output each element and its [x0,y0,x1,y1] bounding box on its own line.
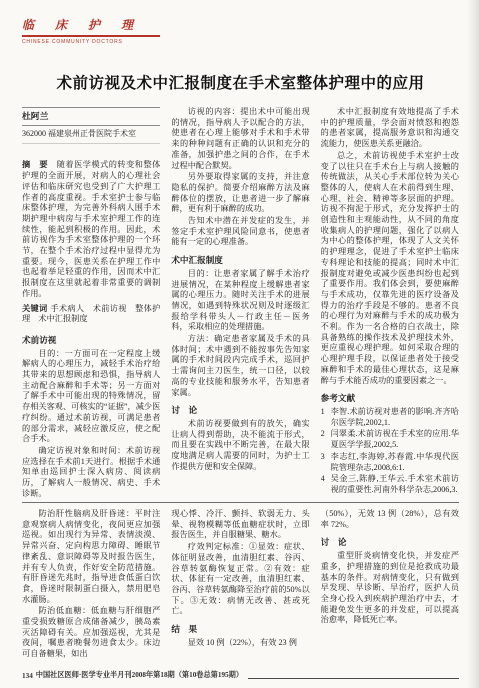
article-title: 术前访视及术中汇报制度在手术室整体护理中的应用 [28,71,453,93]
reference-text: 闫翠柔.术前访视在手术室的应用.华夏医学学报,2002,5. [331,429,459,450]
page-number: 134 [22,672,33,680]
paragraph-bottom-discussion: 重型肝炎病情变化快，并发症严重多，护理措施的到位是抢救成功最基本的条件。对病情变… [321,551,459,626]
reference-text: 李智.术前访视对患者的影响.齐齐哈尔医学院,2002,1. [331,407,459,428]
paragraph-effect-2: 总之，术前访视使手术室护士改变了以往只在手术台上与病人接触的传统做法，从关心手术… [321,151,459,386]
reference-number: 2 [321,429,331,450]
masthead-subtitle: CHINESE COMMUNITY DOCTORS [22,39,172,45]
column-left: 杜阿兰 362000 福建泉州正骨医院手术室 摘 要 随着医学模式的转变和整体护… [22,107,160,497]
column-middle: 访视的内容：提出术中可能出现的情况，指导病人予以配合的方法，使患者在心理上能够对… [171,107,309,497]
page-footer: 134 中国社区医师·医学专业半月刊2008年第18期（第10卷总第195期） [22,670,459,680]
paragraph-hypoglycemia: 防治低血糖：低血糖与肝细胞严重受损致糖原合成储备减少，胰岛素灭活障碍有关。应加强… [22,606,160,659]
scan-edge-shadow [467,0,479,688]
reference-item: 4吴金三,陈静,王华云.手术室术前访视的重要性.河南外科学杂志,2006,3. [321,474,459,495]
bottom-column-middle: 现心悸、冷汗、颤抖、软弱无力、头晕、视物模糊等低血糖症状时，立即报告医生，并自服… [171,509,309,659]
masthead: 临 床 护 理 CHINESE COMMUNITY DOCTORS [22,16,172,45]
section-heading-references: 参考文献 [321,393,459,404]
masthead-rule [22,35,160,37]
section-heading-preop-visit: 术前访视 [22,335,160,346]
author-block: 杜阿兰 362000 福建泉州正骨医院手术室 [22,107,160,144]
paragraph-visit-content: 访视的内容：提出术中可能出现的情况，指导病人予以配合的方法，使患者在心理上能够对… [171,107,309,171]
reference-text: 吴金三,陈静,王华云.手术室术前访视的重要性.河南外科学杂志,2006,3. [331,474,459,495]
paragraph-inform-risk: 告知术中潜在并发症的发生，并签定手术室护理风险同意书，使患者能有一定的心理准备。 [171,216,309,248]
paragraph-effect-1: 术中汇报制度有效地提高了手术中的护理质量，学会面对愤怒和抱怨的患者家属，提高服务… [321,107,459,150]
author-name: 杜阿兰 [22,108,160,126]
paragraph-hypoglycemia-cont: 现心悸、冷汗、颤抖、软弱无力、头晕、视物模糊等低血糖症状时，立即报告医生，并自服… [171,509,309,541]
paragraph-efficacy-criteria: 疗效判定标准：①显效：症状、体征明显改善，血清胆红素、谷丙、谷草转氨酶恢复正常。… [171,542,309,617]
bottom-column-left: 防治肝性脑病及肝昏迷：平时注意观察病人病情变化，夜间更应加强巡视。如出现行为异常… [22,509,160,659]
paragraph-report-purpose: 目的：让患者家属了解手术治疗进展情况，在某种程度上缓解患者家属的心理压力。随时关… [171,269,309,333]
section-heading-bottom-discussion: 讨 论 [321,537,459,548]
paragraph-discussion: 术前访视要做到有的放矢，确实让病人得到帮助，决不能流于形式，而且要在实践中不断完… [171,419,309,473]
abstract: 摘 要 随着医学模式的转变和整体护理的全面开展，对病人的心理社会评估和临床研究也… [22,160,160,299]
bottom-article-columns: 防治肝性脑病及肝昏迷：平时注意观察病人病情变化，夜间更应加强巡视。如出现行为异常… [22,509,459,659]
section-heading-report-system: 术中汇报制度 [171,255,309,266]
section-divider [22,502,459,503]
paragraph-results: 显效 10 例（22%），有效 23 例 [171,638,309,649]
reference-number: 1 [321,407,331,428]
reference-item: 1李智.术前访视对患者的影响.齐齐哈尔医学院,2002,1. [321,407,459,428]
reference-item: 3李志红,李海婷,苏春霞.中华现代医院管理杂志,2008,6:1. [321,452,459,473]
author-affiliation: 362000 福建泉州正骨医院手术室 [22,126,160,145]
section-heading-discussion: 讨 论 [171,405,309,416]
keywords: 关键词手术病人 术前访视 整体护理 术中汇报制度 [22,304,160,325]
abstract-text: 随着医学模式的转变和整体护理的全面开展，对病人的心理社会评估和临床研究也受到了广… [22,160,160,297]
column-name: 临 床 护 理 [22,16,172,33]
reference-number: 3 [321,452,331,473]
paragraph-report-method: 方法：确定患者家属及手术的具体时间；术中遇到不能按事先告知家属的手术时间段内完成… [171,334,309,398]
reference-text: 李志红,李海婷,苏春霞.中华现代医院管理杂志,2008,6:1. [331,452,459,473]
paragraph-preop-timing: 确定访视对象和时间：术前访视应选择在手术前1天进行。根据手术通知单由巡回护士深入… [22,446,160,497]
abstract-label: 摘 要 [22,160,48,169]
paragraph-preop-purpose: 目的：一方面可在一定程度上缓解病人的心理压力，减轻手术治疗给其带来的思想顾虑和恐… [22,349,160,445]
paragraph-hepatic-coma: 防治肝性脑病及肝昏迷：平时注意观察病人病情变化，夜间更应加强巡视。如出现行为异常… [22,509,160,605]
reference-number: 4 [321,474,331,495]
paragraph-results-cont: （50%），无效 13 例（28%），总有效率 72%。 [321,509,459,530]
column-right: 术中汇报制度有效地提高了手术中的护理质量，学会面对愤怒和抱怨的患者家属，提高服务… [321,107,459,497]
bottom-column-right: （50%），无效 13 例（28%），总有效率 72%。 讨 论 重型肝炎病情变… [321,509,459,659]
footer-journal-info: 中国社区医师·医学专业半月刊2008年第18期（第10卷总第195期） [36,670,243,680]
paragraph-family-support: 另外要取得家属的支持，并注意隐私的保护。简要介绍麻醉方法及麻醉体位的摆放，让患者… [171,172,309,215]
keywords-label: 关键词 [22,304,47,313]
section-heading-results: 结 果 [171,624,309,635]
references-list: 1李智.术前访视对患者的影响.齐齐哈尔医学院,2002,1. 2闫翠柔.术前访视… [321,407,459,496]
reference-item: 2闫翠柔.术前访视在手术室的应用.华夏医学学报,2002,5. [321,429,459,450]
main-article-columns: 杜阿兰 362000 福建泉州正骨医院手术室 摘 要 随着医学模式的转变和整体护… [22,107,459,497]
journal-page: 临 床 护 理 CHINESE COMMUNITY DOCTORS 术前访视及术… [0,0,479,688]
footer-rule [248,678,459,679]
